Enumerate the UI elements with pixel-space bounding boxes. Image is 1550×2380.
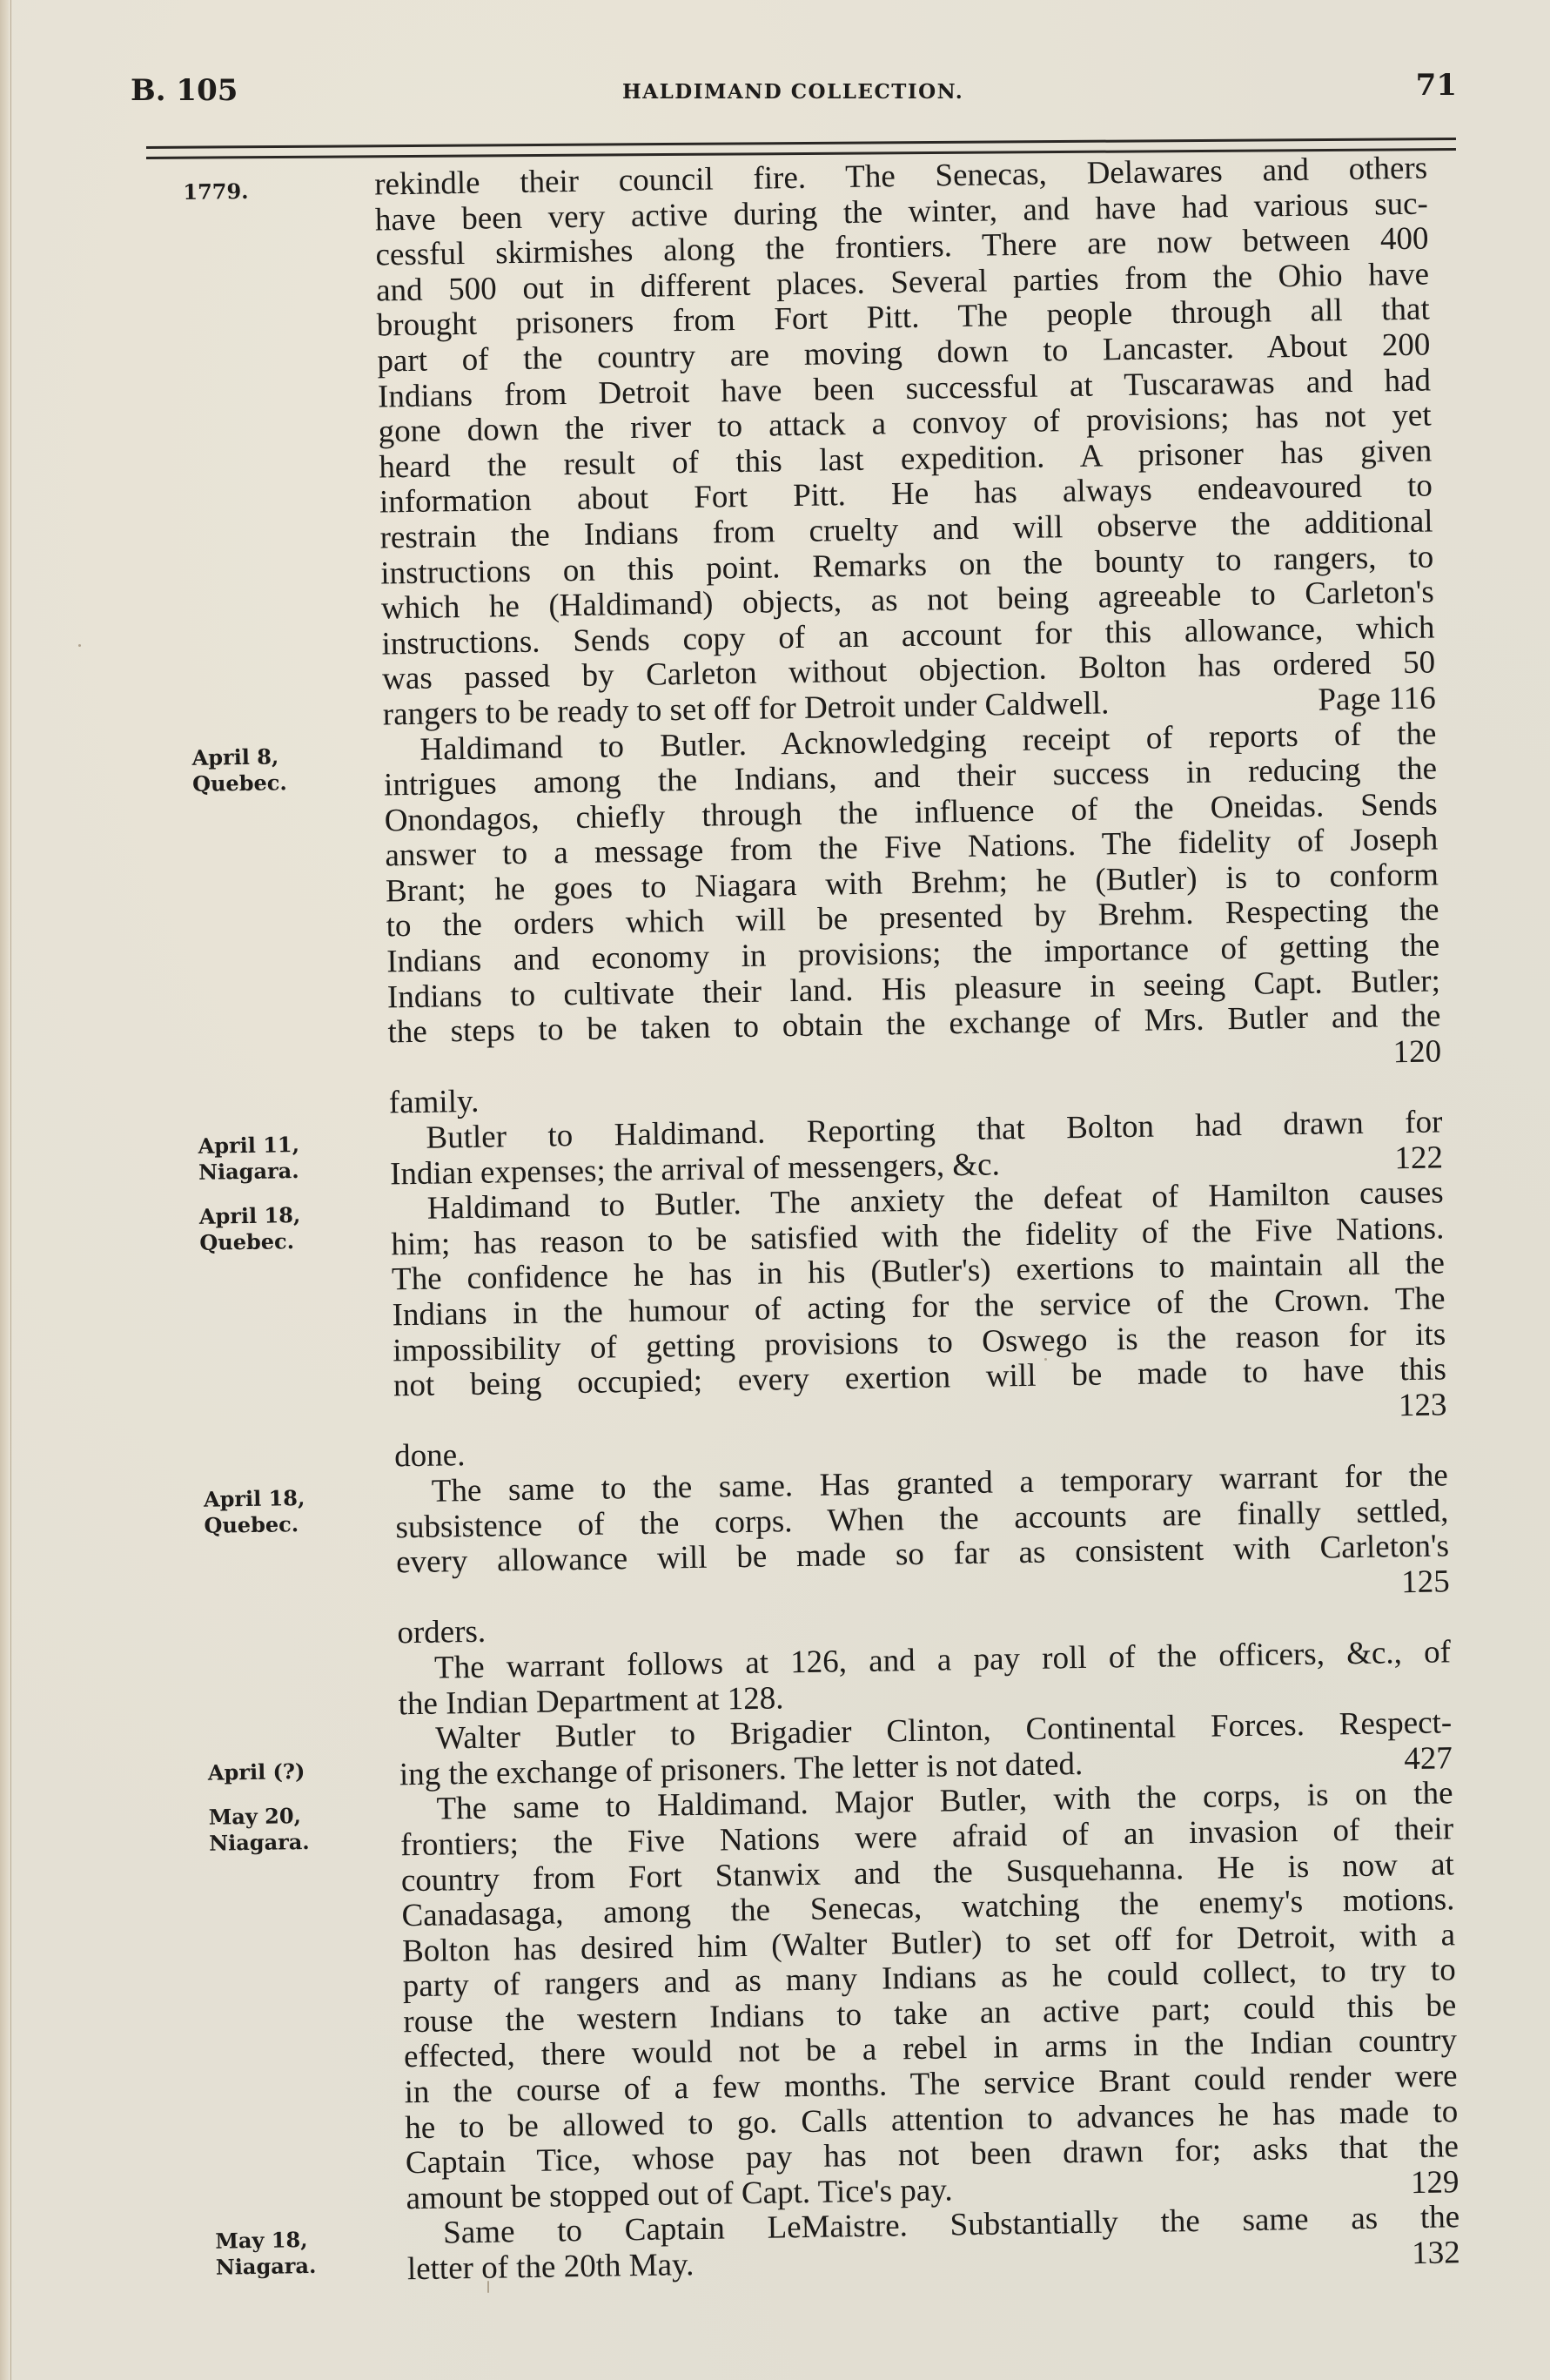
page-reference: 427	[1404, 1741, 1453, 1777]
entry-text: The same to the same. Has granted a temp…	[395, 1458, 1452, 1722]
date-place-margin: April 18,Quebec.	[198, 1193, 394, 1478]
line-text: letter of the 20th May.	[407, 2248, 694, 2288]
calendar-entry: May 20,Niagara.The same to Haldimand. Ma…	[208, 1776, 1502, 2220]
calendar-entry: April 18,Quebec.Haldimand to Butler. The…	[198, 1175, 1491, 1478]
paper-speck	[487, 2281, 489, 2293]
entry-place: Quebec.	[192, 768, 384, 797]
entry-place: Niagara.	[198, 1156, 390, 1185]
date-place-margin: May 18,Niagara.	[215, 2217, 407, 2291]
entry-place: Niagara.	[216, 2252, 407, 2281]
volume-reference: B. 105	[131, 73, 238, 108]
date-place-margin: April (?)	[207, 1722, 399, 1796]
scanned-page: B. 105 HALDIMAND COLLECTION. 71 1779.rek…	[0, 0, 1550, 2380]
paper-speck	[1044, 1358, 1047, 1361]
paper-speck	[78, 644, 81, 647]
entry-place: Quebec.	[204, 1509, 395, 1538]
calendar-entry: April 18,Quebec.The same to the same. Ha…	[204, 1458, 1495, 1725]
entry-place: Quebec.	[199, 1227, 391, 1256]
entry-date	[207, 1731, 399, 1759]
running-header: B. 105 HALDIMAND COLLECTION. 71	[113, 68, 1462, 120]
entry-date: May 18,	[215, 2226, 406, 2255]
entry-date: April 11,	[198, 1130, 389, 1159]
page-reference: 129	[1411, 2165, 1459, 2201]
page-reference: 122	[1394, 1140, 1443, 1176]
page-reference: 132	[1412, 2235, 1460, 2271]
entry-date: May 20,	[208, 1802, 399, 1831]
entry-date: 1779.	[183, 177, 374, 205]
entry-date: April 18,	[199, 1201, 391, 1230]
page-reference: Page 116	[1318, 681, 1436, 718]
calendar-entries: 1779.rekindle their council fire. The Se…	[183, 151, 1504, 2291]
entry-place: Niagara.	[209, 1828, 400, 1857]
entry-place: April (?)	[208, 1757, 399, 1785]
entry-text: rekindle their council fire. The Senecas…	[374, 151, 1436, 733]
entry-text: Same to Captain LeMaistre. Substantially…	[406, 2201, 1460, 2288]
date-place-margin: April 8,Quebec.	[191, 733, 389, 1125]
date-place-margin: May 20,Niagara.	[208, 1793, 406, 2221]
header-rule-top	[146, 138, 1456, 149]
entry-text: Haldimand to Butler. The anxiety the def…	[390, 1176, 1447, 1476]
entry-date: April 8,	[191, 742, 383, 770]
entry-text: Haldimand to Butler. Acknowledging recei…	[383, 716, 1442, 1121]
running-title: HALDIMAND COLLECTION.	[622, 80, 963, 104]
date-place-margin: 1779.	[183, 168, 383, 736]
entry-text: The same to Haldimand. Major Butler, wit…	[399, 1777, 1459, 2217]
calendar-entry: April 8,Quebec.Haldimand to Butler. Ackn…	[191, 716, 1486, 1125]
date-place-margin: April 11,Niagara.	[198, 1121, 390, 1195]
date-place-margin: April 18,Quebec.	[204, 1475, 399, 1725]
page-number: 71	[1416, 68, 1457, 103]
entry-date: April 18,	[204, 1483, 395, 1512]
calendar-entry: 1779.rekindle their council fire. The Se…	[183, 151, 1480, 736]
binding-edge	[0, 0, 11, 2380]
